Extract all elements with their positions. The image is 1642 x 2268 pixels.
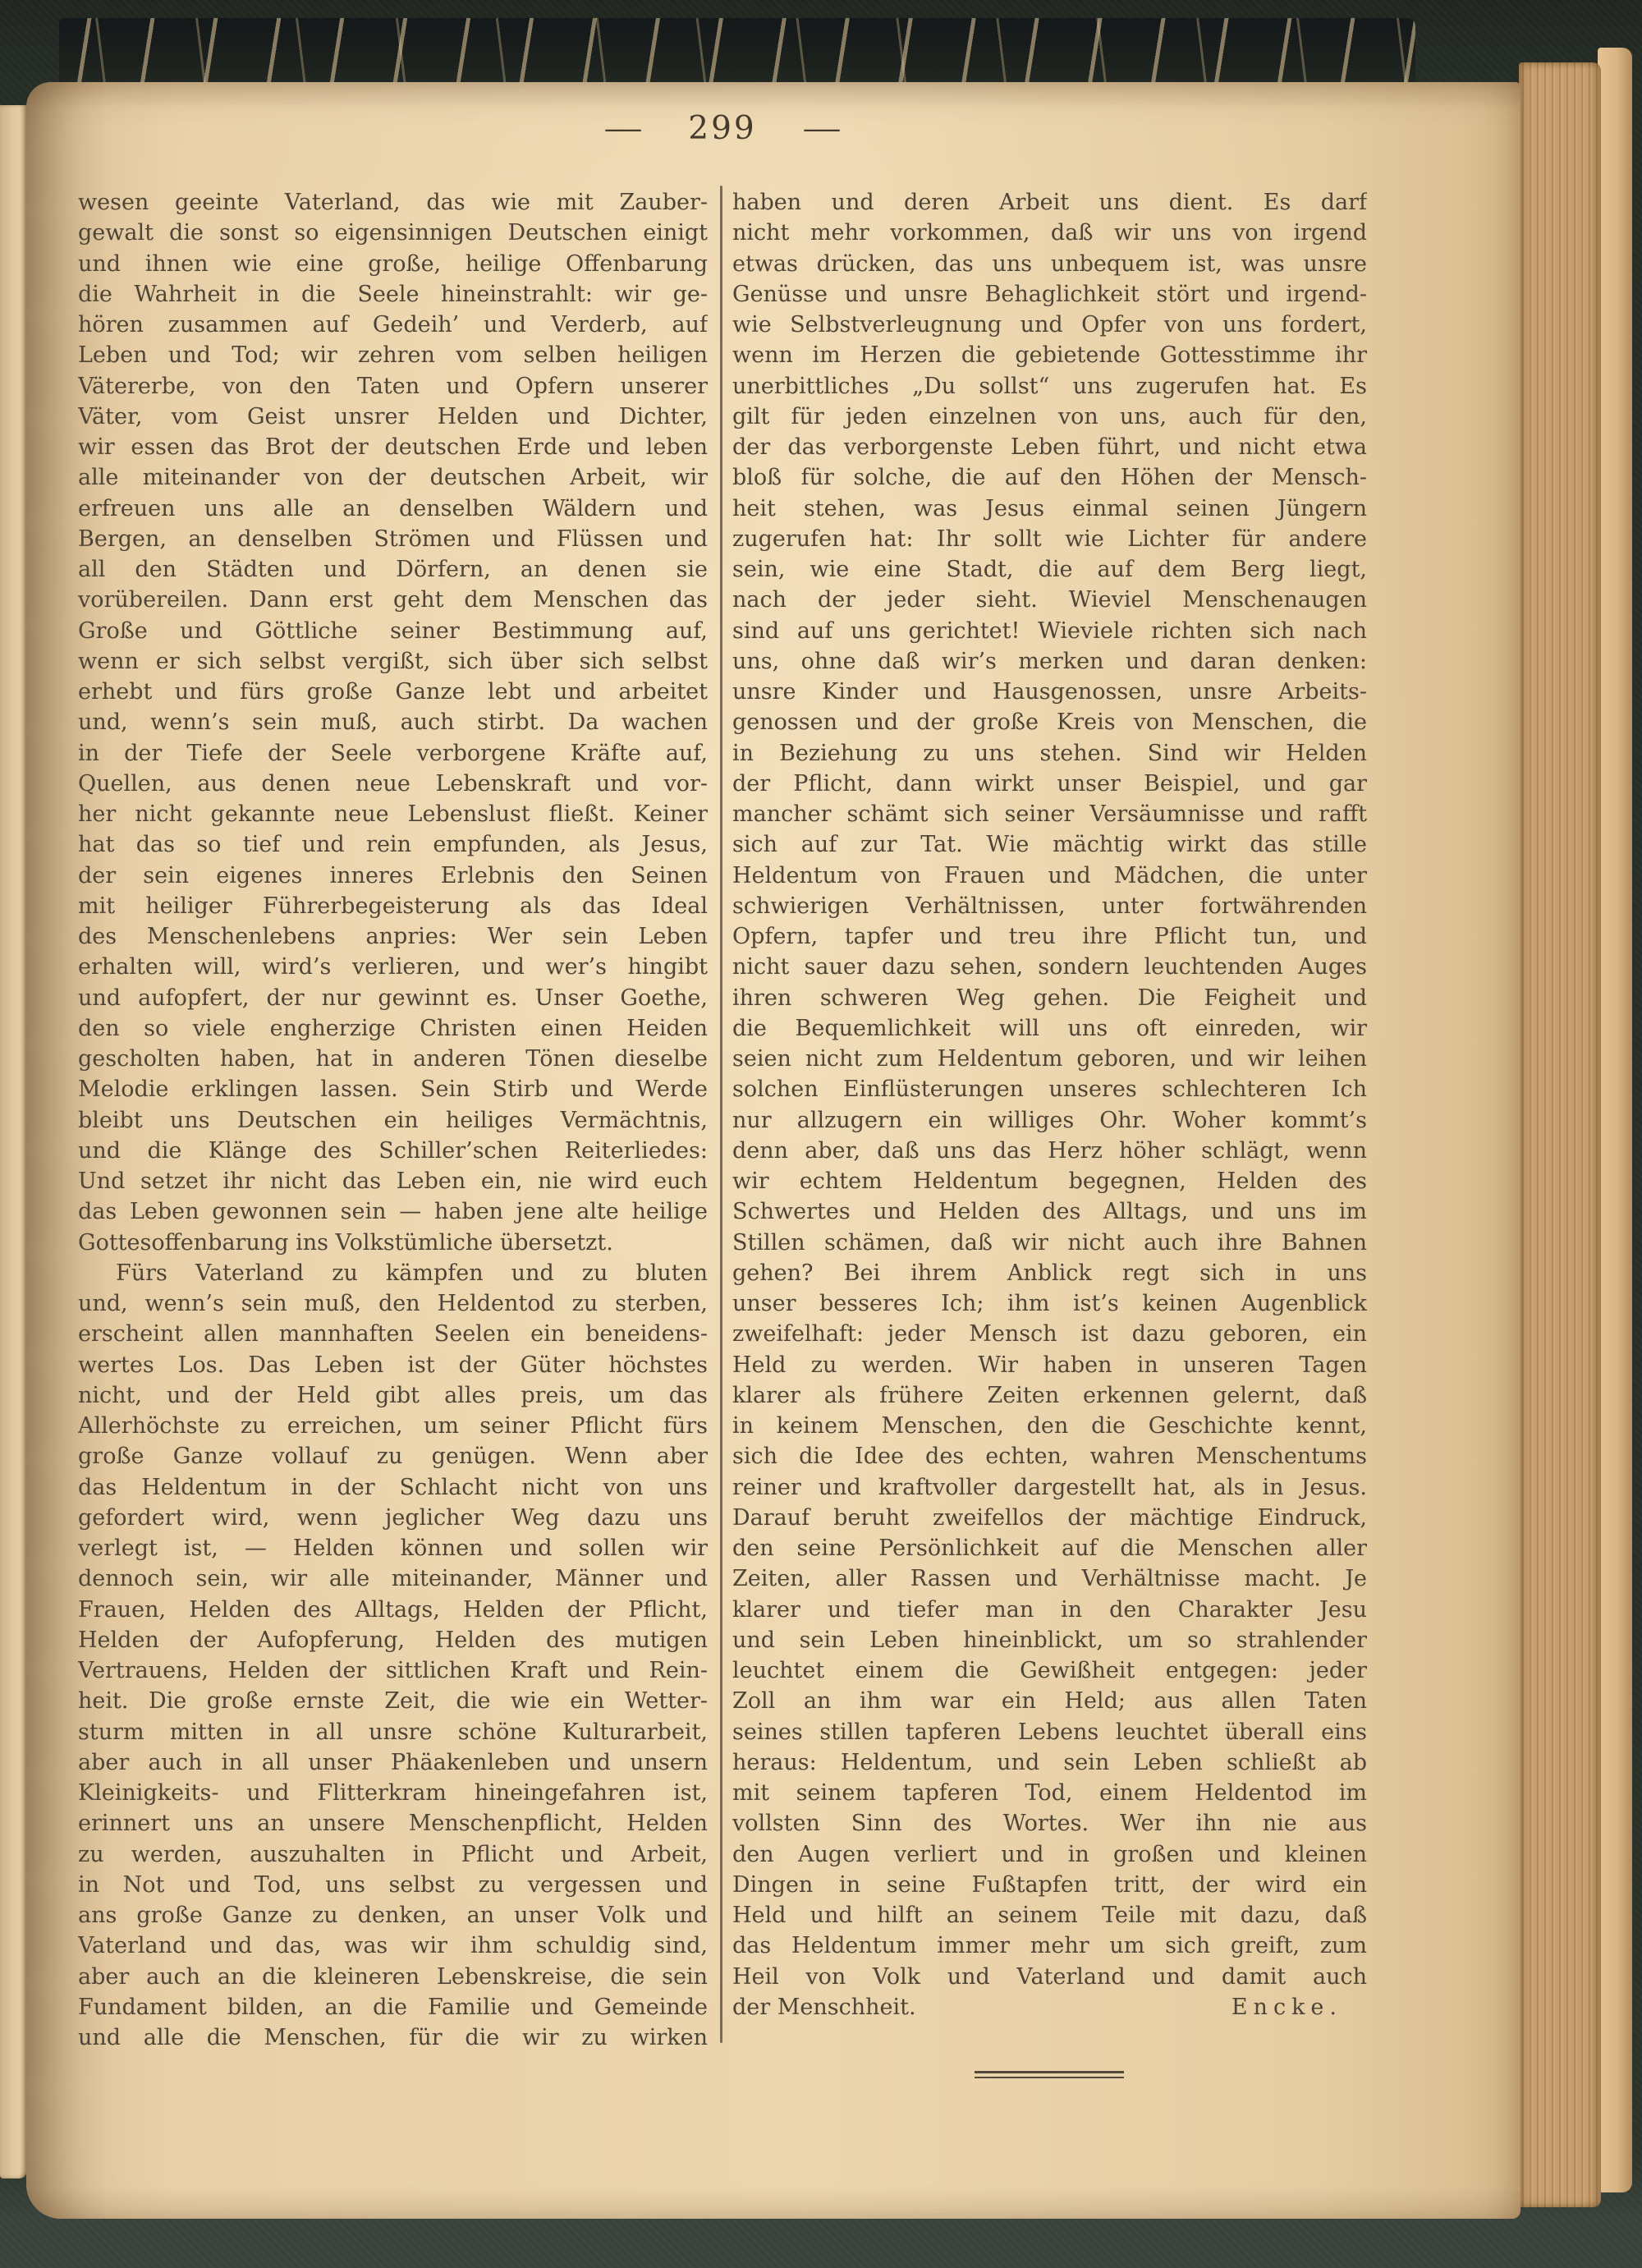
text-line: Väter, vom Geist unsrer Helden und Dicht…	[78, 402, 708, 432]
text-line: erhebt und fürs große Ganze lebt und arb…	[78, 677, 708, 707]
text-line: der Pflicht, dann wirkt unser Beispiel, …	[732, 769, 1367, 799]
text-line: Heil von Volk und Vaterland und damit au…	[732, 1962, 1367, 1992]
text-line: wesen geeinte Vaterland, das wie mit Zau…	[78, 187, 708, 218]
text-line: des Menschenlebens anpries: Wer sein Leb…	[78, 921, 708, 952]
text-line: Darauf beruht zweifellos der mächtige Ei…	[732, 1503, 1367, 1533]
text-line: und aufopfert, der nur gewinnt es. Unser…	[78, 983, 708, 1013]
text-line: bleibt uns Deutschen ein heiliges Vermäc…	[78, 1105, 708, 1136]
text-line: das Heldentum in der Schlacht nicht von …	[78, 1472, 708, 1503]
text-line: genossen und der große Kreis von Mensche…	[732, 707, 1367, 737]
text-line: mit heiliger Führerbegeisterung als das …	[78, 891, 708, 921]
text-line: Helden der Aufopferung, Helden des mutig…	[78, 1625, 708, 1655]
text-line: Heldentum von Frauen und Mädchen, die un…	[732, 861, 1367, 891]
text-line: das Heldentum immer mehr um sich greift,…	[732, 1931, 1367, 1961]
text-line: und alle die Menschen, für die wir zu wi…	[78, 2022, 708, 2053]
text-line: hat das so tief und rein empfunden, als …	[78, 829, 708, 860]
text-line: erscheint allen mannhaften Seelen ein be…	[78, 1319, 708, 1349]
text-line: hören zusammen auf Gedeih’ und Verderb, …	[78, 310, 708, 340]
text-line: leuchtet einem die Gewißheit entgegen: j…	[732, 1655, 1367, 1686]
text-line: den Augen verliert und in großen und kle…	[732, 1839, 1367, 1870]
closing-text: der Menschheit.	[732, 1992, 916, 2022]
text-line: schwierigen Verhältnissen, unter fortwäh…	[732, 891, 1367, 921]
text-line: Fürs Vaterland zu kämpfen und zu bluten	[78, 1258, 708, 1288]
text-line: dennoch sein, wir alle miteinander, Männ…	[78, 1563, 708, 1594]
text-line: die Wahrheit in die Seele hineinstrahlt:…	[78, 279, 708, 310]
text-line: große Ganze vollauf zu genügen. Wenn abe…	[78, 1441, 708, 1471]
text-line: erinnert uns an unsere Menschenpflicht, …	[78, 1808, 708, 1839]
text-line: Held und hilft an seinem Teile mit dazu,…	[732, 1900, 1367, 1931]
text-line: erhalten will, wird’s verlieren, und wer…	[78, 952, 708, 982]
text-line: Zeiten, aller Rassen und Verhältnisse ma…	[732, 1563, 1367, 1594]
text-line: Fundament bilden, an die Familie und Gem…	[78, 1992, 708, 2022]
text-line: mit seinem tapferen Tod, einem Heldentod…	[732, 1778, 1367, 1808]
outer-page-edge	[1598, 48, 1632, 2192]
text-line: Gottesoffenbarung ins Volkstümliche über…	[78, 1228, 708, 1258]
text-line: ans große Ganze zu denken, an unser Volk…	[78, 1900, 708, 1931]
text-line: bloß für solche, die auf den Höhen der M…	[732, 462, 1367, 493]
text-line: erfreuen uns alle an denselben Wäldern u…	[78, 494, 708, 524]
text-line: gewalt die sonst so eigensinnigen Deutsc…	[78, 218, 708, 248]
text-line: Dingen in seine Fußtapfen tritt, der wir…	[732, 1870, 1367, 1900]
text-line: der sein eigenes inneres Erlebnis den Se…	[78, 861, 708, 891]
text-line: Vätererbe, von den Taten und Opfern unse…	[78, 371, 708, 402]
text-line: der das verborgenste Leben führt, und ni…	[732, 432, 1367, 462]
text-line: klarer als frühere Zeiten erkennen geler…	[732, 1380, 1367, 1411]
text-line: Bergen, an denselben Strömen und Flüssen…	[78, 524, 708, 554]
text-line: heit. Die große ernste Zeit, die wie ein…	[78, 1686, 708, 1716]
text-line: wenn er sich selbst vergißt, sich über s…	[78, 646, 708, 677]
text-line: verlegt ist, — Helden können und sollen …	[78, 1533, 708, 1563]
text-line: Allerhöchste zu erreichen, um seiner Pfl…	[78, 1411, 708, 1441]
text-line: reiner und kraftvoller dargestellt hat, …	[732, 1472, 1367, 1503]
text-line: das Leben gewonnen sein — haben jene alt…	[78, 1196, 708, 1227]
text-line: nicht mehr vorkommen, daß wir uns von ir…	[732, 218, 1367, 248]
text-line: Held zu werden. Wir haben in unseren Tag…	[732, 1350, 1367, 1380]
text-line: haben und deren Arbeit uns dient. Es dar…	[732, 187, 1367, 218]
facing-page-edge	[0, 105, 27, 2178]
text-line: uns, ohne daß wir’s merken und daran den…	[732, 646, 1367, 677]
text-line: und sein Leben hineinblickt, um so strah…	[732, 1625, 1367, 1655]
page-header: — 299 —	[78, 112, 1367, 146]
text-line: nicht, und der Held gibt alles preis, um…	[78, 1380, 708, 1411]
text-line: klarer und tiefer man in den Charakter J…	[732, 1595, 1367, 1625]
text-line: Genüsse und unsre Behaglichkeit stört un…	[732, 279, 1367, 310]
author-signature: Encke.	[1231, 1992, 1342, 2022]
text-line: unerbittliches „Du sollst“ uns zugerufen…	[732, 371, 1367, 402]
text-line: den so viele engherzige Christen einen H…	[78, 1013, 708, 1044]
text-line: in der Tiefe der Seele verborgene Kräfte…	[78, 738, 708, 769]
text-line: Große und Göttliche seiner Bestimmung au…	[78, 616, 708, 646]
paragraph: Fürs Vaterland zu kämpfen und zu blutenu…	[78, 1258, 708, 2054]
text-line: Stillen schämen, daß wir nicht auch ihre…	[732, 1228, 1367, 1258]
text-line: Und setzet ihr nicht das Leben ein, nie …	[78, 1166, 708, 1196]
text-line: etwas drücken, das uns unbequem ist, was…	[732, 249, 1367, 279]
text-line: und ihnen wie eine große, heilige Offenb…	[78, 249, 708, 279]
text-line: solchen Einflüsterungen unseres schlecht…	[732, 1074, 1367, 1104]
text-line: aber auch an die kleineren Lebenskreise,…	[78, 1962, 708, 1992]
text-line: vorübereilen. Dann erst geht dem Mensche…	[78, 585, 708, 615]
text-line: zugerufen hat: Ihr sollt wie Lichter für…	[732, 524, 1367, 554]
text-line: alle miteinander von der deutschen Arbei…	[78, 462, 708, 493]
text-line: Vaterland und das, was wir ihm schuldig …	[78, 1931, 708, 1961]
text-line: Zoll an ihm war ein Held; aus allen Tate…	[732, 1686, 1367, 1716]
text-line: wir echtem Heldentum begegnen, Helden de…	[732, 1166, 1367, 1196]
text-line: Quellen, aus denen neue Lebenskraft und …	[78, 769, 708, 799]
book-photo: — 299 — wesen geeinte Vaterland, das wie…	[0, 0, 1642, 2268]
text-line: und, wenn’s sein muß, den Heldentod zu s…	[78, 1288, 708, 1319]
text-line: vollsten Sinn des Wortes. Wer ihn nie au…	[732, 1808, 1367, 1839]
text-line: heraus: Heldentum, und sein Leben schlie…	[732, 1747, 1367, 1778]
text-line: ihren schweren Weg gehen. Die Feigheit u…	[732, 983, 1367, 1013]
text-line: nach der jeder sieht. Wieviel Menschenau…	[732, 585, 1367, 615]
text-line: unser besseres Ich; ihm ist’s keinen Aug…	[732, 1288, 1367, 1319]
text-line: denn aber, daß uns das Herz höher schläg…	[732, 1136, 1367, 1166]
text-line: Melodie erklingen lassen. Sein Stirb und…	[78, 1074, 708, 1104]
header-dash-left: —	[603, 115, 643, 143]
text-line: die Bequemlichkeit will uns oft einreden…	[732, 1013, 1367, 1044]
text-line: seines stillen tapferen Lebens leuchtet …	[732, 1717, 1367, 1747]
text-line: Opfern, tapfer und treu ihre Pflicht tun…	[732, 921, 1367, 952]
text-line: sich auf zur Tat. Wie mächtig wirkt das …	[732, 829, 1367, 860]
text-line: Vertrauens, Helden der sittlichen Kraft …	[78, 1655, 708, 1686]
text-line: wie Selbstverleugnung und Opfer von uns …	[732, 310, 1367, 340]
end-of-article-rule	[975, 2071, 1124, 2078]
left-column: wesen geeinte Vaterland, das wie mit Zau…	[78, 187, 708, 2053]
text-line: und, wenn’s sein muß, auch stirbt. Da wa…	[78, 707, 708, 737]
text-line: und die Klänge des Schiller’schen Reiter…	[78, 1136, 708, 1166]
paragraph: wesen geeinte Vaterland, das wie mit Zau…	[78, 187, 708, 1258]
text-line: her nicht gekannte neue Lebenslust fließ…	[78, 799, 708, 829]
text-line: Leben und Tod; wir zehren vom selben hei…	[78, 340, 708, 370]
text-line: in Not und Tod, uns selbst zu vergessen …	[78, 1870, 708, 1900]
text-line: in Beziehung zu uns stehen. Sind wir Hel…	[732, 738, 1367, 769]
text-line: sich die Idee des echten, wahren Mensche…	[732, 1441, 1367, 1471]
closing-line: der Menschheit.Encke.	[732, 1992, 1367, 2022]
text-line: gescholten haben, hat in anderen Tönen d…	[78, 1044, 708, 1074]
text-line: nicht sauer dazu sehen, sondern leuchten…	[732, 952, 1367, 982]
text-line: gehen? Bei ihrem Anblick regt sich in un…	[732, 1258, 1367, 1288]
text-line: zweifelhaft: jeder Mensch ist dazu gebor…	[732, 1319, 1367, 1349]
text-line: aber auch in all unser Phäakenleben und …	[78, 1747, 708, 1778]
text-line: seien nicht zum Heldentum geboren, und w…	[732, 1044, 1367, 1074]
text-line: zu werden, auszuhalten in Pflicht und Ar…	[78, 1839, 708, 1870]
paragraph: haben und deren Arbeit uns dient. Es dar…	[732, 187, 1367, 1992]
text-line: Kleinigkeits- und Flitterkram hineingefa…	[78, 1778, 708, 1808]
text-line: in keinem Menschen, den die Geschichte k…	[732, 1411, 1367, 1441]
right-column: haben und deren Arbeit uns dient. Es dar…	[732, 187, 1367, 2022]
text-line: unsre Kinder und Hausgenossen, unsre Arb…	[732, 677, 1367, 707]
text-line: mancher schämt sich seiner Versäumnisse …	[732, 799, 1367, 829]
text-line: Schwertes und Helden des Alltags, und un…	[732, 1196, 1367, 1227]
text-line: gilt für jeden einzelnen von uns, auch f…	[732, 402, 1367, 432]
text-line: Frauen, Helden des Alltags, Helden der P…	[78, 1595, 708, 1625]
book-page: — 299 — wesen geeinte Vaterland, das wie…	[26, 82, 1520, 2219]
fore-edge-page-stack	[1519, 62, 1601, 2207]
header-dash-right: —	[802, 115, 842, 143]
text-line: sein, wie eine Stadt, die auf dem Berg l…	[732, 554, 1367, 585]
text-line: heit stehen, was Jesus einmal seinen Jün…	[732, 494, 1367, 524]
text-line: gefordert wird, wenn jeglicher Weg dazu …	[78, 1503, 708, 1533]
text-line: nur allzugern ein williges Ohr. Woher ko…	[732, 1105, 1367, 1136]
text-line: wertes Los. Das Leben ist der Güter höch…	[78, 1350, 708, 1380]
text-line: sturm mitten in all unsre schöne Kultura…	[78, 1717, 708, 1747]
column-divider-rule	[720, 186, 722, 2043]
text-line: wenn im Herzen die gebietende Gottesstim…	[732, 340, 1367, 370]
text-line: den seine Persönlichkeit auf die Mensche…	[732, 1533, 1367, 1563]
page-number: 299	[688, 112, 756, 146]
text-line: wir essen das Brot der deutschen Erde un…	[78, 432, 708, 462]
text-line: sind auf uns gerichtet! Wieviele richten…	[732, 616, 1367, 646]
text-line: all den Städten und Dörfern, an denen si…	[78, 554, 708, 585]
